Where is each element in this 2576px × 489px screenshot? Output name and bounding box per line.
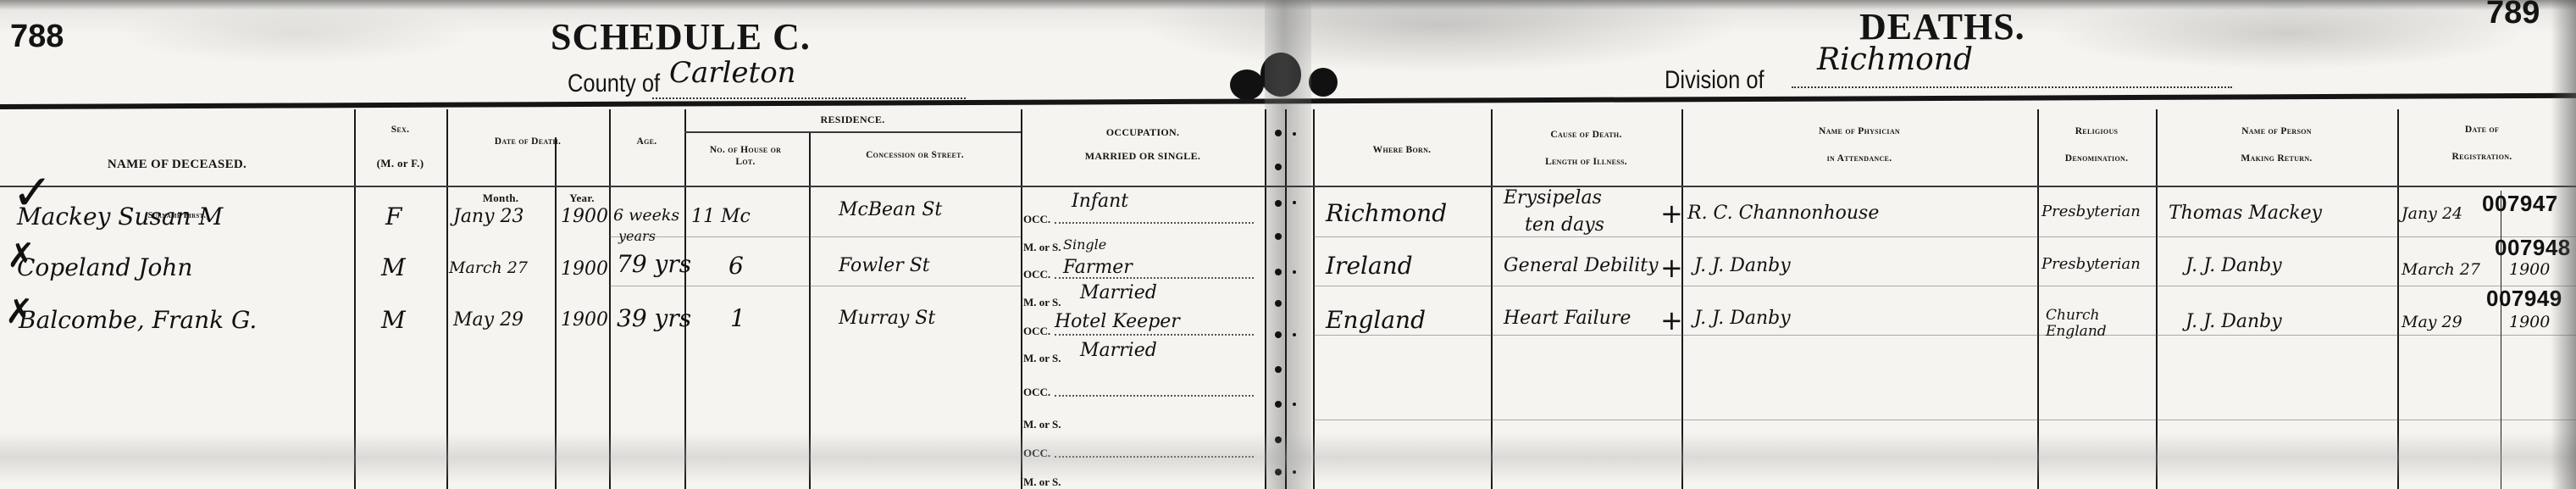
death-month: Jany 23 bbox=[453, 206, 524, 227]
street: Fowler St bbox=[839, 255, 930, 276]
binding-stitch bbox=[1275, 233, 1282, 240]
religion: Church England bbox=[2046, 308, 2139, 339]
header-sex: Sex. bbox=[354, 125, 446, 136]
occ-line bbox=[1055, 395, 1254, 397]
header-informant-sub: Making Return. bbox=[2156, 153, 2397, 165]
plus-mark-icon: + bbox=[1660, 304, 1683, 336]
header-residence: RESIDENCE. bbox=[684, 114, 1021, 125]
binding-stitch bbox=[1293, 132, 1296, 136]
cause-of-death: Erysipelas bbox=[1504, 187, 1602, 208]
informant: J. J. Danby bbox=[2185, 255, 2282, 276]
house-number: 11 Mc bbox=[691, 206, 751, 227]
binding-stitch bbox=[1293, 201, 1296, 204]
ink-blot bbox=[1309, 68, 1338, 97]
religion: Presbyterian bbox=[2041, 203, 2141, 220]
register-page: 788 789 SCHEDULE C. DEATHS. County of Ca… bbox=[0, 0, 2576, 489]
binding-stitch bbox=[1275, 436, 1282, 443]
header-date-of-death: Date of Death. bbox=[446, 136, 609, 148]
birthplace: Richmond bbox=[1326, 199, 1447, 227]
header-physician-sub: in Attendance. bbox=[1681, 153, 2037, 165]
registration-date: March 27 bbox=[2401, 260, 2480, 279]
column-divider bbox=[555, 137, 557, 489]
column-divider bbox=[1021, 109, 1022, 489]
marital-label: M. or S. bbox=[1023, 352, 1061, 365]
death-year: 1900 bbox=[561, 206, 608, 227]
death-year: 1900 bbox=[561, 309, 608, 331]
header-year: Year. bbox=[555, 192, 609, 205]
county-fill-line bbox=[652, 97, 966, 99]
physician: R. C. Channonhouse bbox=[1687, 203, 1879, 224]
registration-year: 1900 bbox=[2509, 313, 2550, 331]
binding-stitch bbox=[1275, 130, 1282, 136]
binding-stitch bbox=[1275, 300, 1282, 307]
column-divider bbox=[2156, 109, 2158, 489]
sex: M bbox=[381, 253, 406, 281]
age: 39 yrs bbox=[617, 304, 691, 332]
occ-label: OCC. bbox=[1023, 325, 1050, 338]
residence-subheader-rule bbox=[684, 131, 1021, 133]
illness-length: ten days bbox=[1525, 214, 1604, 236]
column-divider bbox=[609, 109, 611, 489]
county-value: Carleton bbox=[669, 56, 796, 90]
column-divider bbox=[446, 109, 448, 489]
division-label: Division of bbox=[1665, 66, 1764, 95]
division-value: Richmond bbox=[1817, 42, 1973, 77]
occ-label: OCC. bbox=[1023, 213, 1050, 226]
plus-mark-icon: + bbox=[1660, 197, 1683, 230]
row-rule bbox=[1313, 286, 2576, 286]
column-divider bbox=[2037, 109, 2039, 489]
header-cause: Cause of Death. bbox=[1491, 130, 1681, 142]
age-note: years bbox=[618, 228, 656, 244]
marital-label: M. or S. bbox=[1023, 418, 1061, 431]
informant: Thomas Mackey bbox=[2169, 203, 2322, 224]
marital-status: Married bbox=[1080, 340, 1157, 361]
occ-line bbox=[1055, 334, 1254, 336]
page-edge-shadow bbox=[2551, 0, 2576, 489]
marital-label: M. or S. bbox=[1023, 296, 1061, 309]
physician: J. J. Danby bbox=[1694, 255, 1791, 276]
binding-stitch bbox=[1275, 366, 1282, 373]
deceased-name: Copeland John bbox=[17, 253, 192, 281]
header-occupation: OCCUPATION. bbox=[1021, 126, 1265, 138]
religion: Presbyterian bbox=[2041, 255, 2141, 273]
plus-mark-icon: + bbox=[1660, 252, 1683, 284]
informant: J. J. Danby bbox=[2185, 311, 2282, 332]
ink-blot bbox=[1230, 69, 1264, 100]
column-divider bbox=[1313, 109, 1315, 489]
cause-of-death: General Debility bbox=[1504, 255, 1659, 276]
binding-stitch bbox=[1275, 401, 1282, 408]
division-fill-line bbox=[1792, 86, 2232, 88]
street: Murray St bbox=[839, 308, 935, 329]
occ-label: OCC. bbox=[1023, 447, 1050, 460]
registration-number: 007947 bbox=[2482, 191, 2558, 217]
header-marital: MARRIED OR SINGLE. bbox=[1021, 150, 1265, 162]
binding-gutter bbox=[1265, 0, 1311, 489]
binding-stitch bbox=[1293, 270, 1296, 274]
marital-label: M. or S. bbox=[1023, 475, 1061, 489]
registration-year: 1900 bbox=[2509, 260, 2550, 279]
row-rule bbox=[609, 236, 1021, 237]
header-house-no: No. of House or Lot. bbox=[703, 145, 788, 169]
header-registration: Date of bbox=[2397, 125, 2567, 136]
left-page-number: 788 bbox=[10, 19, 64, 55]
occupation: Hotel Keeper bbox=[1055, 311, 1180, 332]
column-divider bbox=[684, 109, 686, 489]
marital-label: M. or S. bbox=[1023, 241, 1061, 254]
row-rule bbox=[1313, 335, 2576, 336]
birthplace: England bbox=[1326, 306, 1426, 334]
header-street: Concession or Street. bbox=[809, 150, 1021, 162]
age: 6 weeks bbox=[613, 206, 679, 225]
sex: F bbox=[385, 203, 402, 231]
cause-of-death: Heart Failure bbox=[1504, 308, 1631, 329]
deceased-name: Balcombe, Frank G. bbox=[19, 306, 257, 334]
row-rule bbox=[609, 286, 1021, 286]
binding-stitch bbox=[1275, 269, 1282, 275]
binding-stitch bbox=[1275, 469, 1282, 475]
header-age: Age. bbox=[609, 136, 684, 148]
header-sex-sub: (M. or F.) bbox=[354, 157, 446, 170]
occ-line bbox=[1055, 222, 1254, 224]
column-divider bbox=[1265, 109, 1266, 489]
binding-stitch bbox=[1293, 403, 1296, 406]
occ-label: OCC. bbox=[1023, 386, 1050, 399]
binding-stitch bbox=[1275, 164, 1282, 170]
right-page-number: 789 bbox=[2486, 0, 2540, 31]
header-religion-sub: Denomination. bbox=[2037, 153, 2156, 165]
column-divider bbox=[2397, 109, 2399, 489]
occupation: Farmer bbox=[1063, 257, 1133, 278]
register-table: NAME OF DECEASED. (Surname First.) Sex. … bbox=[0, 109, 2576, 489]
binding-stitch bbox=[1275, 200, 1282, 207]
occ-label: OCC. bbox=[1023, 268, 1050, 281]
header-illness-length: Length of Illness. bbox=[1491, 157, 1681, 169]
header-name: NAME OF DECEASED. bbox=[0, 157, 354, 172]
deceased-name: Mackey Susan M bbox=[17, 203, 223, 231]
physician: J. J. Danby bbox=[1694, 308, 1791, 329]
street: McBean St bbox=[839, 199, 942, 220]
occupation: Infant bbox=[1072, 191, 1128, 212]
header-religion: Religious bbox=[2037, 126, 2156, 138]
header-bottom-rule bbox=[0, 186, 2576, 187]
occ-line bbox=[1055, 456, 1254, 458]
binding-stitch bbox=[1275, 331, 1282, 338]
marital-status: Married bbox=[1080, 282, 1157, 303]
binding-stitch bbox=[1293, 470, 1296, 474]
age: 79 yrs bbox=[617, 250, 691, 278]
schedule-title: SCHEDULE C. bbox=[551, 15, 811, 58]
header-month: Month. bbox=[446, 192, 555, 205]
house-number: 1 bbox=[730, 304, 745, 332]
house-number: 6 bbox=[728, 252, 744, 280]
binding-stitch bbox=[1293, 333, 1296, 336]
column-divider bbox=[1285, 109, 1287, 489]
death-month: March 27 bbox=[449, 258, 528, 277]
registration-date: May 29 bbox=[2401, 313, 2462, 331]
header-where-born: Where Born. bbox=[1313, 145, 1491, 157]
row-rule bbox=[1313, 236, 2576, 237]
row-rule bbox=[1313, 420, 2576, 420]
header-physician: Name of Physician bbox=[1681, 126, 2037, 138]
birthplace: Ireland bbox=[1326, 252, 1413, 280]
marital-status: Single bbox=[1063, 236, 1106, 253]
sex: M bbox=[381, 306, 406, 334]
death-month: May 29 bbox=[453, 309, 524, 331]
county-label: County of bbox=[568, 69, 660, 98]
death-year: 1900 bbox=[561, 258, 608, 280]
header-informant: Name of Person bbox=[2156, 126, 2397, 138]
registration-date: Jany 24 bbox=[2401, 204, 2462, 223]
column-divider bbox=[1681, 109, 1683, 489]
header-registration-sub: Registration. bbox=[2397, 152, 2567, 164]
